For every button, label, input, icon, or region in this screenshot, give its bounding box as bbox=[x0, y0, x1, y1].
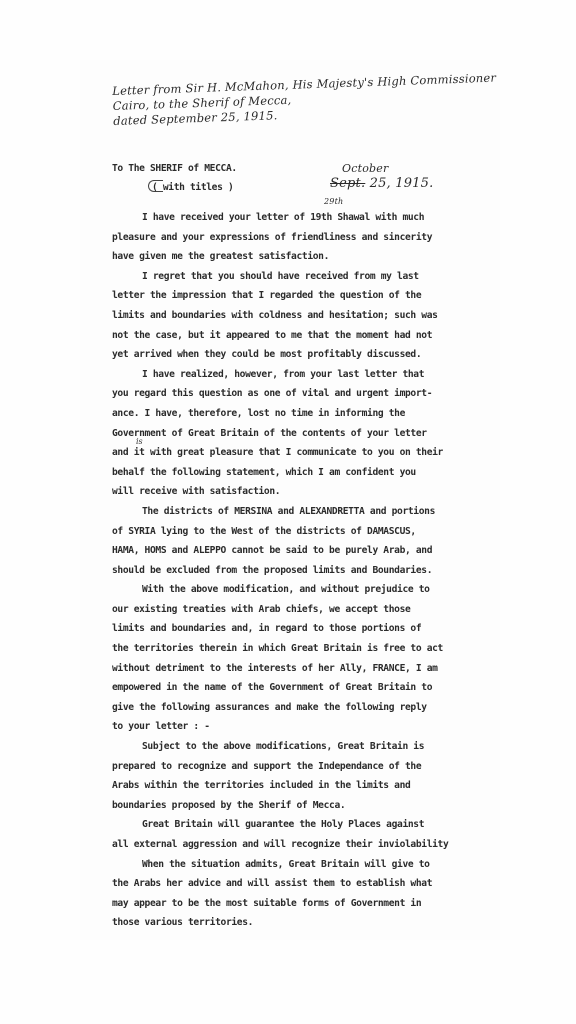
paragraph: I regret that you should have received f… bbox=[112, 267, 512, 365]
text-line: The districts of MERSINA and ALEXANDRETT… bbox=[112, 502, 512, 522]
scanned-page: Letter from Sir H. McMahon, His Majesty'… bbox=[0, 0, 576, 1024]
text-line: of SYRIA lying to the West of the distri… bbox=[112, 522, 512, 542]
text-line: and it with great pleasure that I commun… bbox=[112, 443, 512, 463]
text-line: behalf the following statement, which I … bbox=[112, 463, 512, 483]
text-line: those various territories. bbox=[112, 913, 512, 933]
text-line: all external aggression and will recogni… bbox=[112, 835, 512, 855]
text-line: to your letter : - bbox=[112, 717, 512, 737]
date-day-year: 25, 1915. bbox=[365, 176, 433, 191]
text-line: I have realized, however, from your last… bbox=[112, 365, 512, 385]
paragraph: With the above modification, and without… bbox=[112, 580, 512, 737]
addressee-titles: ( with titles ) bbox=[152, 182, 233, 193]
paragraph: I have received your letter of 19th Shaw… bbox=[112, 208, 512, 267]
handwritten-insertion: is bbox=[136, 437, 143, 446]
text-line: without detriment to the interests of he… bbox=[112, 659, 512, 679]
text-line: HAMA, HOMS and ALEPPO cannot be said to … bbox=[112, 541, 512, 561]
text-line: I regret that you should have received f… bbox=[112, 267, 512, 287]
text-line: the territories therein in which Great B… bbox=[112, 639, 512, 659]
paragraph: Subject to the above modifications, Grea… bbox=[112, 737, 512, 815]
text-line: limits and boundaries and, in regard to … bbox=[112, 619, 512, 639]
text-line: have given me the greatest satisfaction. bbox=[112, 247, 512, 267]
text-line: should be excluded from the proposed lim… bbox=[112, 561, 512, 581]
text-line: yet arrived when they could be most prof… bbox=[112, 345, 512, 365]
text-line: you regard this question as one of vital… bbox=[112, 384, 512, 404]
text-line: Government of Great Britain of the conte… bbox=[112, 424, 512, 444]
text-line: limits and boundaries with coldness and … bbox=[112, 306, 512, 326]
text-line: empowered in the name of the Government … bbox=[112, 678, 512, 698]
text-line: When the situation admits, Great Britain… bbox=[112, 855, 512, 875]
paragraph: When the situation admits, Great Britain… bbox=[112, 855, 512, 933]
text-line: not the case, but it appeared to me that… bbox=[112, 326, 512, 346]
text-line: give the following assurances and make t… bbox=[112, 698, 512, 718]
text-line: Great Britain will guarantee the Holy Pl… bbox=[112, 815, 512, 835]
text-line: prepared to recognize and support the In… bbox=[112, 757, 512, 777]
text-line: ance. I have, therefore, lost no time in… bbox=[112, 404, 512, 424]
inserted-date-correction: 29th bbox=[324, 197, 343, 206]
paragraph: Great Britain will guarantee the Holy Pl… bbox=[112, 815, 512, 854]
text-line: boundaries proposed by the Sherif of Mec… bbox=[112, 796, 512, 816]
text-line: letter the impression that I regarded th… bbox=[112, 286, 512, 306]
paragraph: The districts of MERSINA and ALEXANDRETT… bbox=[112, 502, 512, 580]
paragraph: I have realized, however, from your last… bbox=[112, 365, 512, 502]
text-line: I have received your letter of 19th Shaw… bbox=[112, 208, 512, 228]
text-line: our existing treaties with Arab chiefs, … bbox=[112, 600, 512, 620]
handwritten-date-correction: October bbox=[342, 162, 388, 175]
text-line: Subject to the above modifications, Grea… bbox=[112, 737, 512, 757]
text-line: Arabs within the territories included in… bbox=[112, 776, 512, 796]
letter-body: I have received your letter of 19th Shaw… bbox=[112, 208, 512, 933]
text-line: will receive with satisfaction. bbox=[112, 482, 512, 502]
text-line: the Arabs her advice and will assist the… bbox=[112, 874, 512, 894]
struck-month: Sept. bbox=[330, 176, 365, 191]
text-line: With the above modification, and without… bbox=[112, 580, 512, 600]
text-line: pleasure and your expressions of friendl… bbox=[112, 228, 512, 248]
addressee: To The SHERIF of MECCA. bbox=[112, 163, 237, 174]
letter-date: Sept. 25, 1915. bbox=[330, 176, 433, 191]
text-line: may appear to be the most suitable forms… bbox=[112, 894, 512, 914]
